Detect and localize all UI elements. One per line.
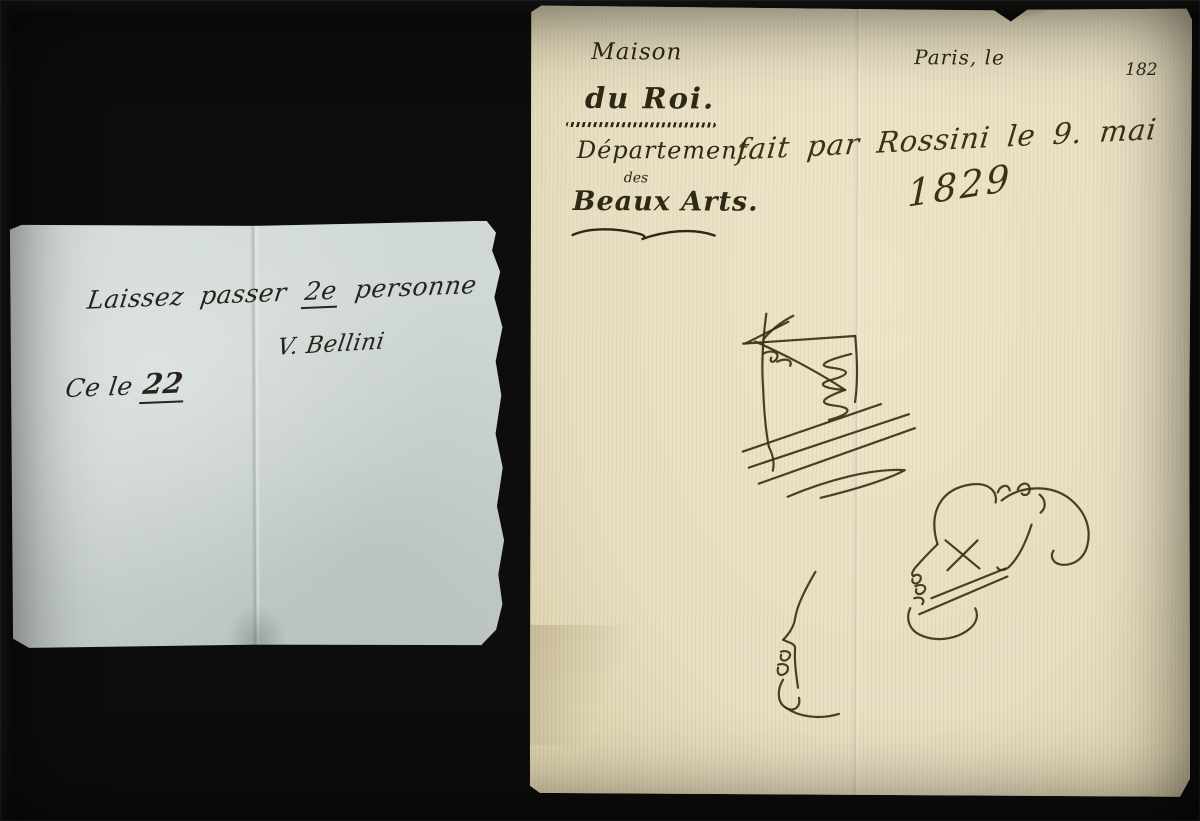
dateline-year-182: 182	[1125, 60, 1158, 80]
letterhead-departement: Département	[577, 136, 749, 165]
letterhead-du-roi: du Roi.	[585, 81, 715, 115]
line1-text: Laissez passer	[85, 277, 305, 315]
letterhead-des: des	[624, 170, 648, 186]
bottom-fold-mark	[227, 604, 287, 648]
bellini-note-paper: Laissez passer 2e personne V. Bellini Ce…	[7, 221, 506, 650]
dotted-rule	[566, 122, 716, 128]
dateline-paris-le: Paris, le	[914, 45, 1005, 69]
handwritten-line-2: Ce le 22	[64, 366, 188, 404]
line1-underlined-number: 2e	[301, 275, 341, 309]
head-profile-facing-left-sketch	[879, 466, 1110, 647]
line2-text: Ce le	[64, 371, 143, 403]
rossini-inscription-year: 1829	[907, 156, 1013, 216]
photo-background: Laissez passer 2e personne V. Bellini Ce…	[0, 0, 1200, 821]
letterhead-beaux-arts: Beaux Arts.	[573, 186, 759, 218]
small-face-profile-sketch	[737, 564, 863, 734]
flourish-swash-icon	[569, 224, 719, 243]
bellini-signature: V. Bellini	[276, 328, 387, 360]
letterhead-maison: Maison	[591, 39, 682, 65]
line1-text-end: personne	[337, 270, 479, 305]
top-right-fold	[997, 6, 1053, 24]
rossini-letterhead-paper: Maison du Roi. Département des Beaux Art…	[527, 5, 1194, 799]
bottom-left-crease	[527, 625, 677, 746]
rossini-inscription-line-1: fait par Rossini le 9. mai	[735, 112, 1158, 167]
line2-underlined-number: 22	[139, 366, 188, 404]
handwritten-line-1: Laissez passer 2e personne	[85, 270, 478, 315]
